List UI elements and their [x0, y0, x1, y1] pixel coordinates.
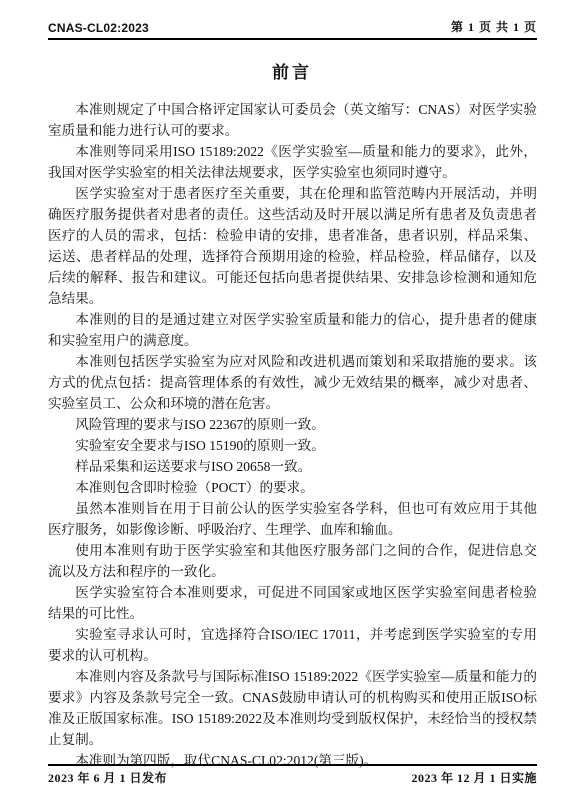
- paragraph: 实验室安全要求与ISO 15190的原则一致。: [48, 435, 537, 456]
- page-header: CNAS-CL02:2023 第 1 页 共 1 页: [48, 20, 537, 40]
- paragraph: 使用本准则有助于医学实验室和其他医疗服务部门之间的合作，促进信息交流以及方法和程…: [48, 540, 537, 582]
- paragraph: 本准则的目的是通过建立对医学实验室质量和能力的信心，提升患者的健康和实验室用户的…: [48, 309, 537, 351]
- paragraph: 医学实验室符合本准则要求，可促进不同国家或地区医学实验室间患者检验结果的可比性。: [48, 582, 537, 624]
- paragraph: 本准则规定了中国合格评定国家认可委员会（英文缩写：CNAS）对医学实验室质量和能…: [48, 99, 537, 141]
- paragraph: 风险管理的要求与ISO 22367的原则一致。: [48, 414, 537, 435]
- paragraph: 本准则包含即时检验（POCT）的要求。: [48, 477, 537, 498]
- page-footer: 2023 年 6 月 1 日发布 2023 年 12 月 1 日实施: [48, 764, 537, 786]
- page-title: 前言: [0, 58, 584, 83]
- page-number-indicator: 第 1 页 共 1 页: [451, 18, 537, 35]
- implementation-date: 2023 年 12 月 1 日实施: [411, 769, 537, 786]
- paragraph: 医学实验室对于患者医疗至关重要，其在伦理和监管范畴内开展活动，并明确医疗服务提供…: [48, 183, 537, 309]
- document-number: CNAS-CL02:2023: [48, 21, 149, 35]
- issue-date: 2023 年 6 月 1 日发布: [48, 769, 167, 786]
- document-body: 本准则规定了中国合格评定国家认可委员会（英文缩写：CNAS）对医学实验室质量和能…: [48, 99, 537, 771]
- paragraph: 实验室寻求认可时，宜选择符合ISO/IEC 17011，并考虑到医学实验室的专用…: [48, 624, 537, 666]
- paragraph: 样品采集和运送要求与ISO 20658一致。: [48, 456, 537, 477]
- paragraph: 虽然本准则旨在用于目前公认的医学实验室各学科，但也可有效应用于其他医疗服务，如影…: [48, 498, 537, 540]
- paragraph: 本准则等同采用ISO 15189:2022《医学实验室—质量和能力的要求》，此外…: [48, 141, 537, 183]
- paragraph: 本准则内容及条款号与国际标准ISO 15189:2022《医学实验室—质量和能力…: [48, 666, 537, 750]
- document-page: CNAS-CL02:2023 第 1 页 共 1 页 前言 本准则规定了中国合格…: [0, 0, 584, 795]
- paragraph: 本准则包括医学实验室为应对风险和改进机遇而策划和采取措施的要求。该方式的优点包括…: [48, 351, 537, 414]
